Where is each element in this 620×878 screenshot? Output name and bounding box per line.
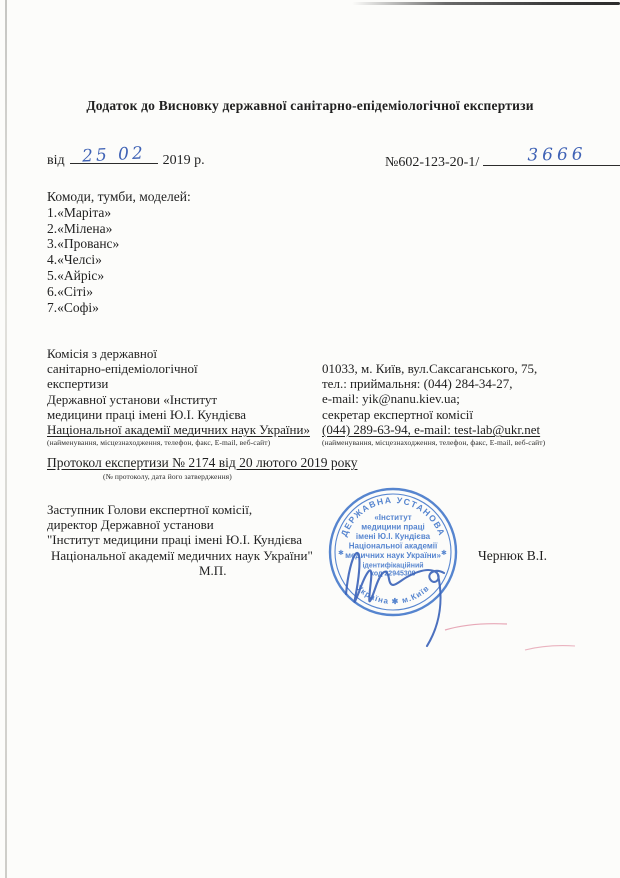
contact-line: e-mail: yik@nanu.kiev.ua;	[322, 391, 607, 406]
scan-artifact-left-edge	[5, 0, 7, 878]
commission-name-block: Комісія з державної санітарно-епідеміоло…	[47, 346, 319, 448]
protocol-block: Протокол експертизи № 2174 від 20 лютого…	[47, 455, 357, 482]
handwritten-date: 25 02	[69, 145, 158, 167]
scan-artifact-pink-streak	[443, 620, 509, 634]
scan-artifact-pink-streak	[523, 640, 577, 652]
protocol-caption: (№ протоколу, дата його затвердження)	[103, 472, 357, 482]
signatory-line: "Інститут медицини праці імені Ю.І. Кунд…	[47, 532, 347, 547]
signatory-line: директор Державної установи	[47, 517, 347, 532]
date-row: від25 022019 р.	[47, 149, 205, 169]
models-heading: Комоди, тумби, моделей:	[47, 189, 191, 205]
commission-right-caption: (найменування, місцезнаходження, телефон…	[322, 438, 607, 448]
number-blank-line: 3666	[483, 149, 620, 166]
seal-placeholder-mp: М.П.	[47, 563, 347, 578]
contact-line-underlined: (044) 289-63-94, e-mail: test-lab@ukr.ne…	[322, 422, 607, 437]
commission-line: Державної установи «Інститут	[47, 392, 319, 407]
commission-line-underlined: Національної академії медичних наук Укра…	[47, 422, 319, 437]
scanned-document-page: Додаток до Висновку державної санітарно-…	[0, 0, 620, 878]
signatory-line: Національної академії медичних наук Укра…	[47, 548, 347, 563]
model-item: 1.«Маріта»	[47, 205, 191, 221]
signatory-title-block: Заступник Голови експертної комісії, дир…	[47, 502, 347, 578]
document-title: Додаток до Висновку державної санітарно-…	[0, 98, 620, 114]
commission-contacts-block: 01033, м. Київ, вул.Саксаганського, 75, …	[322, 361, 607, 448]
model-item: 3.«Прованс»	[47, 236, 191, 252]
date-prefix: від	[47, 153, 65, 168]
commission-line: експертизи	[47, 376, 319, 391]
date-suffix: 2019 р.	[163, 153, 205, 168]
number-label: №602-123-20-1/	[385, 155, 479, 170]
date-blank-line: 25 02	[70, 149, 158, 164]
contact-line: 01033, м. Київ, вул.Саксаганського, 75,	[322, 361, 607, 376]
commission-line: Комісія з державної	[47, 346, 319, 361]
signatory-line: Заступник Голови експертної комісії,	[47, 502, 347, 517]
models-list: Комоди, тумби, моделей: 1.«Маріта» 2.«Мі…	[47, 189, 191, 315]
contact-line: тел.: приймальня: (044) 284-34-27,	[322, 376, 607, 391]
protocol-line: Протокол експертизи № 2174 від 20 лютого…	[47, 455, 357, 471]
number-row: №602-123-20-1/3666	[385, 149, 620, 171]
commission-left-caption: (найменування, місцезнаходження, телефон…	[47, 438, 319, 448]
commission-line: санітарно-епідеміологічної	[47, 361, 319, 376]
model-item: 6.«Сіті»	[47, 284, 191, 300]
model-item: 5.«Айріс»	[47, 268, 191, 284]
commission-line: медицини праці імені Ю.І. Кундієва	[47, 407, 319, 422]
model-item: 4.«Челсі»	[47, 252, 191, 268]
handwritten-number: 3666	[483, 146, 620, 166]
model-item: 2.«Мілена»	[47, 221, 191, 237]
signatory-name: Чернюк В.І.	[478, 548, 547, 564]
model-item: 7.«Софі»	[47, 300, 191, 316]
contact-line: секретар експертної комісії	[322, 407, 607, 422]
scan-artifact-top-edge	[352, 2, 620, 5]
